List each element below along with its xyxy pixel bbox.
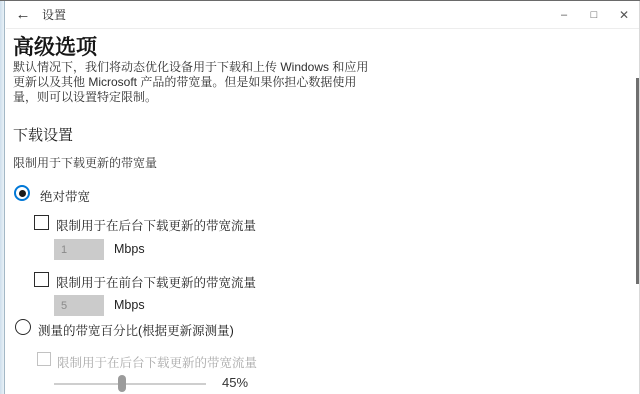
close-icon: ✕ [619,8,629,22]
titlebar: ← 设置 – □ ✕ [6,1,639,29]
foreground-download-limit-label[interactable]: 限制用于在前台下载更新的带宽流量 [56,273,256,291]
vertical-scrollbar-thumb[interactable] [636,78,639,284]
settings-window: ← 设置 – □ ✕ 高级选项 默认情况下，我们将动态优化设备用于下载和上传 W… [0,0,640,394]
minimize-button[interactable]: – [549,2,579,28]
absolute-bandwidth-radio-label[interactable]: 绝对带宽 [40,187,90,205]
page-title: 高级选项 [13,31,97,61]
foreground-download-limit-checkbox[interactable] [34,272,49,287]
maximize-icon: □ [591,9,598,21]
background-download-limit-checkbox[interactable] [34,215,49,230]
bandwidth-percentage-slider[interactable] [54,375,206,392]
download-settings-heading: 下载设置 [13,124,73,145]
back-button[interactable]: ← [8,2,38,28]
foreground-bandwidth-unit: Mbps [114,298,145,312]
percentage-background-limit-label: 限制用于在后台下载更新的带宽流量 [57,353,257,371]
percentage-background-limit-checkbox [37,352,51,366]
percentage-bandwidth-radio[interactable] [15,319,31,335]
back-arrow-icon: ← [16,6,31,23]
bandwidth-slider-track[interactable] [54,383,206,385]
percentage-bandwidth-radio-label[interactable]: 测量的带宽百分比(根据更新源测量) [38,321,234,339]
background-bandwidth-unit: Mbps [114,242,145,256]
page-description: 默认情况下，我们将动态优化设备用于下载和上传 Windows 和应用更新以及其他… [13,60,369,105]
app-title: 设置 [42,6,66,23]
window-left-edge [0,1,5,394]
close-button[interactable]: ✕ [609,2,639,28]
minimize-icon: – [561,9,567,21]
maximize-button[interactable]: □ [579,2,609,28]
background-download-limit-label[interactable]: 限制用于在后台下载更新的带宽流量 [56,216,256,234]
background-bandwidth-input[interactable] [54,239,104,260]
absolute-bandwidth-radio[interactable] [14,185,30,201]
bandwidth-percentage-value: 45% [222,375,248,390]
download-settings-subheading: 限制用于下载更新的带宽量 [13,154,157,171]
radio-dot [19,190,26,197]
bandwidth-slider-thumb[interactable] [118,375,126,392]
foreground-bandwidth-input[interactable] [54,295,104,316]
